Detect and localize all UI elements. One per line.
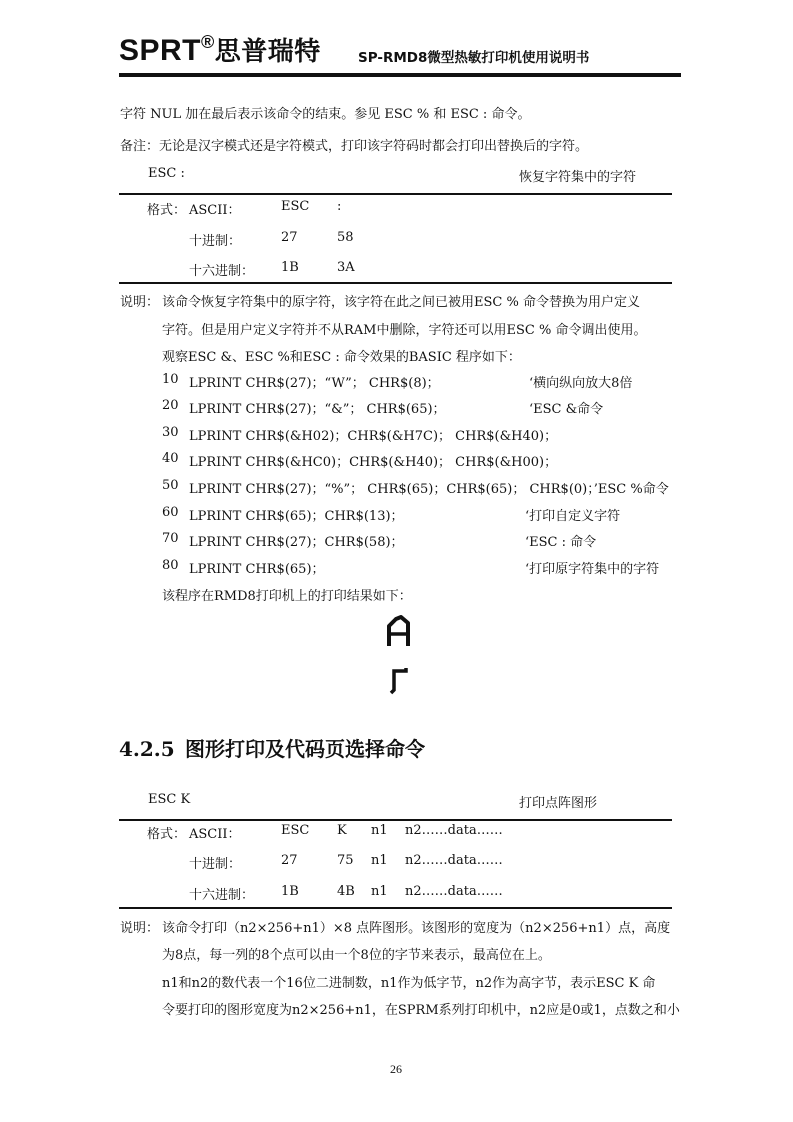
format-cell: 3A <box>337 260 355 275</box>
format-row-label: 十进制： <box>189 853 241 872</box>
explain-line: 为8点，每一列的8个点可以由一个8位的字节来表示，最高位在上。 <box>162 944 551 963</box>
format-cell: n1 <box>371 823 388 838</box>
printed-custom-glyph-icon <box>386 614 416 648</box>
intro-line-2: 备注：无论是汉字模式还是字符模式，打印该字符码时都会打印出替换后的字符。 <box>120 135 588 154</box>
program-comment: ‘打印原字符集中的字符 <box>525 558 659 577</box>
manual-title: SP-RMD8微型热敏打印机使用说明书 <box>358 46 589 66</box>
format-row-label: 十进制： <box>189 230 241 249</box>
program-code: LPRINT CHR$(27)；CHR$(58)； <box>189 531 404 550</box>
format-row-label: ASCII： <box>189 199 241 218</box>
program-line-number: 80 <box>162 558 179 573</box>
program-comment: ‘横向纵向放大8倍 <box>529 372 632 391</box>
format-cell: 27 <box>281 853 298 868</box>
program-line-number: 40 <box>162 451 179 466</box>
command-name: ESC K <box>148 792 190 807</box>
format-cell: 1B <box>281 260 299 275</box>
explain-label: 说明： <box>120 917 159 936</box>
explain-line: 观察ESC &、ESC %和ESC : 命令效果的BASIC 程序如下： <box>162 346 521 365</box>
format-cell: n2……data…… <box>405 823 503 838</box>
command-name: ESC : <box>148 166 185 181</box>
program-code: LPRINT CHR$(&HC0)；CHR$(&H40)； CHR$(&H00)… <box>189 451 557 470</box>
program-code: LPRINT CHR$(27)；“W”； CHR$(8)； <box>189 372 440 391</box>
table-bottom-rule <box>119 907 672 909</box>
section-heading: 4.2.5图形打印及代码页选择命令 <box>119 733 425 762</box>
format-cell: ESC <box>281 823 309 838</box>
format-cell: : <box>337 199 341 214</box>
printed-original-glyph-icon <box>388 663 416 695</box>
program-code: LPRINT CHR$(27)；“%”； CHR$(65)；CHR$(65)； … <box>189 478 669 497</box>
program-code: LPRINT CHR$(65)； <box>189 558 325 577</box>
command-description: 恢复字符集中的字符 <box>519 166 636 185</box>
table-top-rule <box>119 193 672 195</box>
explain-line: 该命令打印（n2×256+n1）×8 点阵图形。该图形的宽度为（n2×256+n… <box>162 917 670 936</box>
program-comment: ‘ESC &命令 <box>529 398 603 417</box>
brand-name: SPRT <box>119 34 201 67</box>
explain-label: 说明： <box>120 291 159 310</box>
section-number: 4.2.5 <box>119 737 185 761</box>
format-row-label: ASCII： <box>189 823 241 842</box>
format-cell: n2……data…… <box>405 853 503 868</box>
format-cell: n2……data…… <box>405 884 503 899</box>
format-cell: n1 <box>371 853 388 868</box>
format-cell: 58 <box>337 230 354 245</box>
format-label: 格式： <box>147 199 186 218</box>
format-row-label: 十六进制： <box>189 884 254 903</box>
program-comment: ‘打印自定义字符 <box>525 505 620 524</box>
program-comment: ‘ESC : 命令 <box>525 531 596 550</box>
program-line-number: 30 <box>162 425 179 440</box>
result-caption: 该程序在RMD8打印机上的打印结果如下： <box>162 585 412 604</box>
format-cell: 75 <box>337 853 354 868</box>
format-cell: 1B <box>281 884 299 899</box>
program-line-number: 20 <box>162 398 179 413</box>
program-line-number: 70 <box>162 531 179 546</box>
command-description: 打印点阵图形 <box>519 792 597 811</box>
page-number: 26 <box>390 1062 402 1077</box>
format-cell: 27 <box>281 230 298 245</box>
format-cell: ESC <box>281 199 309 214</box>
intro-line-1: 字符 NUL 加在最后表示该命令的结束。参见 ESC % 和 ESC : 命令。 <box>120 103 530 122</box>
program-line-number: 10 <box>162 372 179 387</box>
format-cell: n1 <box>371 884 388 899</box>
registered-mark: ® <box>201 32 215 52</box>
program-code: LPRINT CHR$(&H02)；CHR$(&H7C)； CHR$(&H40)… <box>189 425 557 444</box>
program-line-number: 50 <box>162 478 179 493</box>
table-bottom-rule <box>119 282 672 284</box>
format-cell: K <box>337 823 347 838</box>
explain-line: n1和n2的数代表一个16位二进制数，n1作为低字节，n2作为高字节，表示ESC… <box>162 972 655 991</box>
section-title: 图形打印及代码页选择命令 <box>185 737 425 761</box>
explain-line: 该命令恢复字符集中的原字符，该字符在此之间已被用ESC % 命令替换为用户定义 <box>162 291 640 310</box>
program-code: LPRINT CHR$(27)；“&”； CHR$(65)； <box>189 398 446 417</box>
brand-logo: SPRT®思普瑞特 <box>119 31 321 68</box>
table-top-rule <box>119 819 672 821</box>
program-line-number: 60 <box>162 505 179 520</box>
format-cell: 4B <box>337 884 355 899</box>
program-code: LPRINT CHR$(65)；CHR$(13)； <box>189 505 404 524</box>
explain-line: 令要打印的图形宽度为n2×256+n1，在SPRM系列打印机中，n2应是0或1，… <box>162 999 680 1018</box>
explain-line: 字符。但是用户定义字符并不从RAM中删除，字符还可以用ESC % 命令调出使用。 <box>162 319 646 338</box>
format-row-label: 十六进制： <box>189 260 254 279</box>
format-label: 格式： <box>147 823 186 842</box>
brand-name-cn: 思普瑞特 <box>215 36 321 66</box>
header-divider <box>119 73 681 77</box>
